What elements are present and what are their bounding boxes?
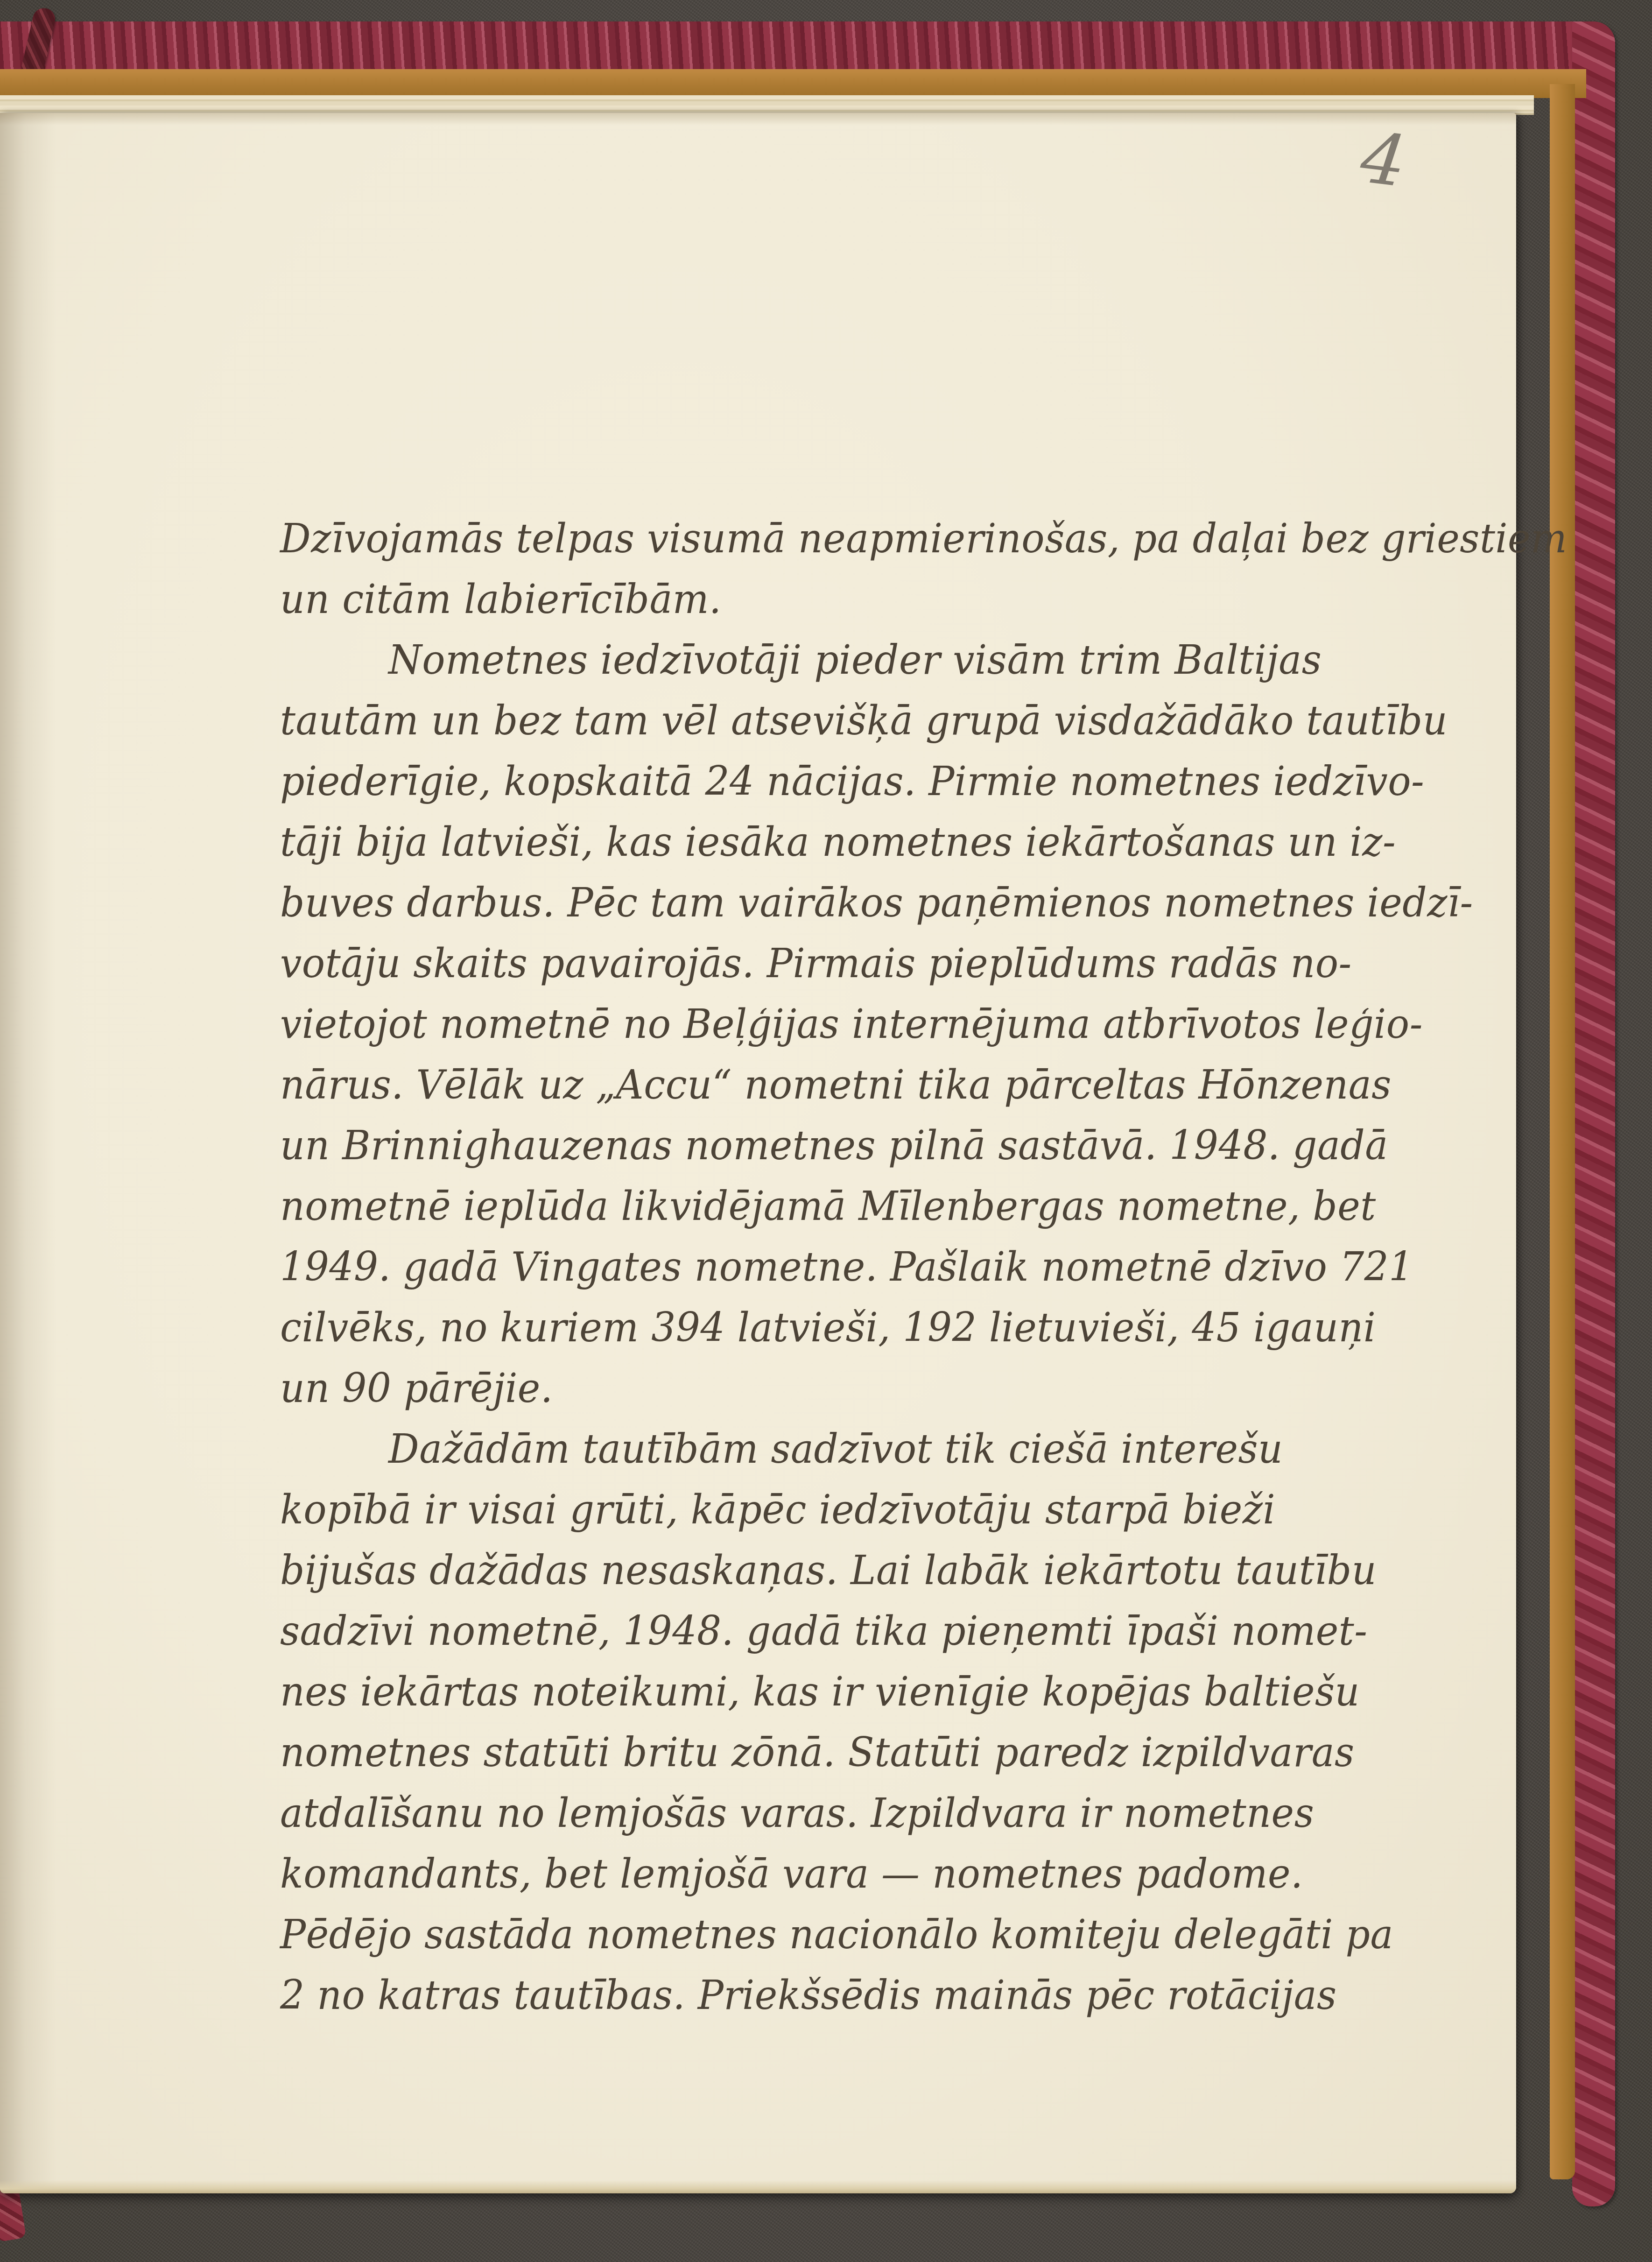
text-line: komandants, bet lemjošā vara — nometnes … <box>280 1843 1396 1906</box>
text-line: nes iekārtas noteikumi, kas ir vienīgie … <box>280 1661 1396 1724</box>
leather-cover-edge-top <box>0 21 1612 71</box>
flyleaf-leather-edge-top <box>0 69 1586 98</box>
text-line: nārus. Vēlāk uz „Accu“ nometni tika pārc… <box>280 1054 1396 1117</box>
text-line: un citām labierīcībām. <box>280 568 1396 631</box>
text-line: un 90 pārējie. <box>280 1357 1396 1420</box>
text-line: bijušas dažādas nesaskaņas. Lai labāk ie… <box>280 1539 1396 1602</box>
text-line: 1949. gadā Vingates nometne. Pašlaik nom… <box>280 1236 1396 1299</box>
text-line: piederīgie, kopskaitā 24 nācijas. Pirmie… <box>280 750 1396 813</box>
text-line: atdalīšanu no lemjošās varas. Izpildvara… <box>280 1782 1396 1845</box>
text-line: Dažādām tautībām sadzīvot tik ciešā inte… <box>280 1418 1396 1481</box>
flyleaf-leather-edge-right <box>1550 84 1575 2179</box>
text-line: kopībā ir visai grūti, kāpēc iedzīvotāju… <box>280 1479 1396 1542</box>
text-line: Dzīvojamās telpas visumā neapmierinošas,… <box>280 507 1396 571</box>
text-line: tāji bija latvieši, kas iesāka nometnes … <box>280 811 1396 874</box>
page-stack-edge <box>0 95 1534 115</box>
text-line: vietojot nometnē no Beļģijas internējuma… <box>280 993 1396 1056</box>
gutter-shadow <box>0 113 56 2193</box>
text-line: nometnes statūti britu zōnā. Statūti par… <box>280 1721 1396 1784</box>
text-line: cilvēks, no kuriem 394 latvieši, 192 lie… <box>280 1297 1396 1360</box>
leather-cover-edge-right <box>1572 21 1615 2206</box>
text-line: nometnē ieplūda likvidējamā Mīlenbergas … <box>280 1175 1396 1238</box>
text-line: Nometnes iedzīvotāji pieder visām trim B… <box>280 629 1396 692</box>
page-number: 4 <box>1357 117 1411 203</box>
text-line: buves darbus. Pēc tam vairākos paņēmieno… <box>280 872 1396 935</box>
text-line: votāju skaits pavairojās. Pirmais pieplū… <box>280 932 1396 995</box>
text-line: un Brinnighauzenas nometnes pilnā sastāv… <box>280 1114 1396 1177</box>
page-deckle-bottom-edge <box>0 2180 1516 2193</box>
handwritten-text-block: Dzīvojamās telpas visumā neapmierinošas,… <box>280 509 1396 2026</box>
text-line: sadzīvi nometnē, 1948. gadā tika pieņemt… <box>280 1600 1396 1663</box>
text-line: 2 no katras tautības. Priekšsēdis mainās… <box>280 1964 1396 2027</box>
page-top-shadow <box>0 113 1516 125</box>
manuscript-page: 4 Dzīvojamās telpas visumā neapmierinoša… <box>0 113 1516 2193</box>
text-line: tautām un bez tam vēl atsevišķā grupā vi… <box>280 690 1396 753</box>
text-line: Pēdējo sastāda nometnes nacionālo komite… <box>280 1903 1396 1966</box>
